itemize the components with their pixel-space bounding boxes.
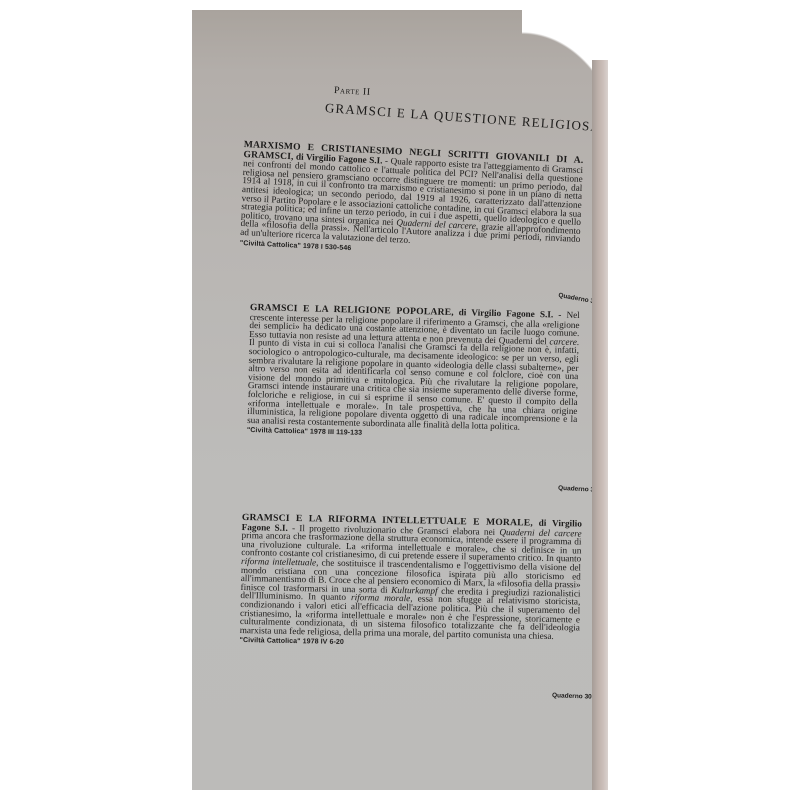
body-text: , essa non sfugge al relativismo storici… <box>240 594 581 641</box>
entry-body: - Il progetto rivoluzionario che Gramsci… <box>240 522 582 640</box>
quaderno-number: Quaderno 3079 <box>552 692 592 701</box>
abstract-entry: GRAMSCI E LA RIFORMA INTELLETTUALE E MOR… <box>239 513 581 652</box>
citation: "Civiltà Cattolica" 1978 III 119-133 <box>247 427 577 444</box>
quaderno-number: Quaderno 3066 <box>558 292 592 307</box>
quaderno-number: Quaderno 3075 <box>558 485 592 494</box>
body-text: . Il punto di vista in cui si colloca l'… <box>247 337 579 432</box>
part-title: GRAMSCI E LA QUESTIONE RELIGIOSA <box>324 100 592 135</box>
page-edge-shadow <box>592 60 608 790</box>
body-text: - Quale rapporto esiste tra l'atteggiame… <box>241 155 583 227</box>
page-content: Parte II GRAMSCI E LA QUESTIONE RELIGIOS… <box>192 10 592 790</box>
abstract-entry: MARXISMO E CRISTIANESIMO NEGLI SCRITTI G… <box>240 140 584 264</box>
book-photo: Parte II GRAMSCI E LA QUESTIONE RELIGIOS… <box>0 0 800 800</box>
entry-body: - Quale rapporto esiste tra l'atteggiame… <box>240 155 583 245</box>
part-label: Parte II <box>334 85 371 98</box>
book-page: Parte II GRAMSCI E LA QUESTIONE RELIGIOS… <box>192 10 592 790</box>
entry-body: - Nel crescente interesse per la religio… <box>247 309 580 431</box>
abstract-entry: GRAMSCI E LA RELIGIONE POPOLARE, di Virg… <box>247 303 580 444</box>
